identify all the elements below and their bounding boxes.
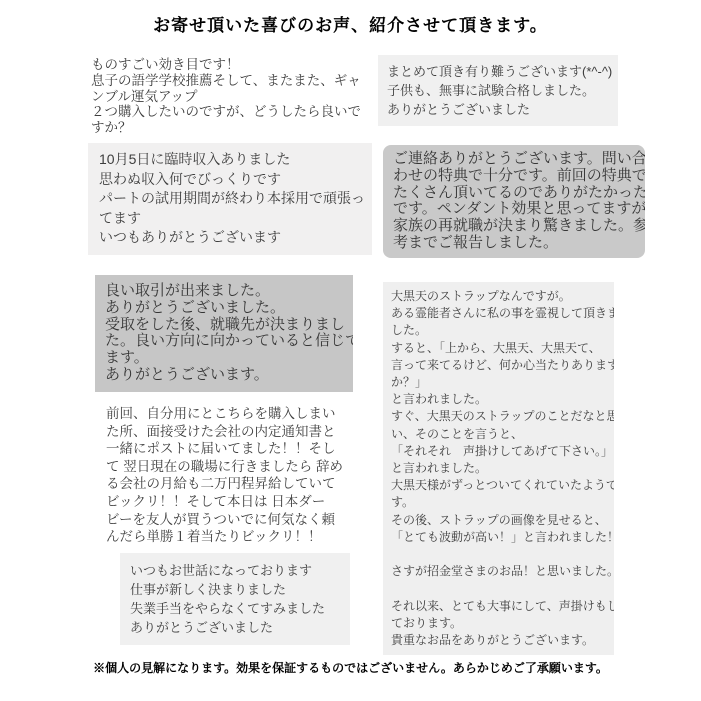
testimonial-block-5: 良い取引が出来ました。 ありがとうございました。 受取をした後、就職先が決まりま… [95, 275, 353, 392]
testimonial-block-8: いつもお世話になっております 仕事が新しく決まりました 失業手当をやらなくてすみ… [120, 553, 350, 645]
testimonial-block-2: まとめて頂き有り難うございます(*^-^) 子供も、無事に試験合格しました。 あ… [378, 55, 618, 126]
testimonial-block-6: 大黒天のストラップなんですが。 ある霊能者さんに私の事を霊視して頂きま した。 … [383, 282, 614, 655]
testimonial-block-7: 前回、自分用にとこちらを購入しまい た所、面接受けた会社の内定通知書と 一緒にポ… [106, 405, 382, 546]
testimonial-block-4: ご連絡ありがとうございます。問い合 わせの特典で十分です。前回の特典で たくさん… [383, 145, 645, 258]
testimonial-block-1: ものすごい効き目です！ 息子の語学学校推薦そして、またまた、ギャ ンブル運気アッ… [91, 57, 383, 136]
testimonial-block-3: 10月5日に臨時収入ありました 思わぬ収入何でびっくりです パートの試用期間が終… [88, 143, 372, 255]
page-title: お寄せ頂いた喜びのお声、紹介させて頂きます。 [0, 11, 701, 36]
testimonials-page: お寄せ頂いた喜びのお声、紹介させて頂きます。 ものすごい効き目です！ 息子の語学… [0, 0, 701, 701]
disclaimer-note: ※個人の見解になります。効果を保証するものではございません。あらかじめご了承願い… [0, 659, 701, 676]
